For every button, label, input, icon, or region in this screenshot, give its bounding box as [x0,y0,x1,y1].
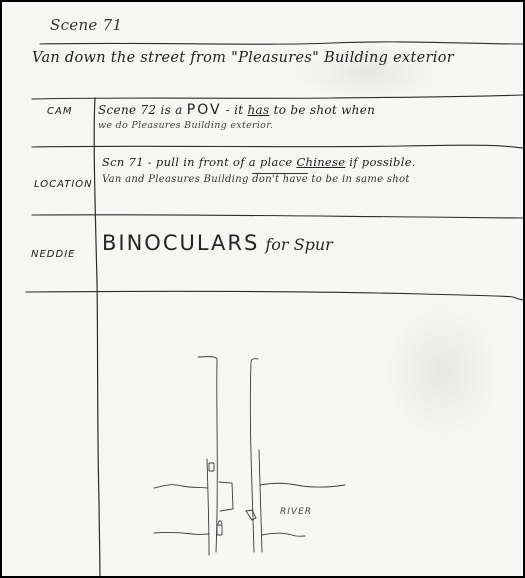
map-sketch [154,357,345,555]
cam-note-line2: we do Pleasures Building exterior. [98,120,273,131]
cam-text: Scene 72 is a [98,103,187,117]
scanned-page: Scene 71 Van down the street from "Pleas… [2,2,523,576]
river-label: RIVER [280,507,312,517]
neddie-prop-note: BINOCULARSfor Spur [102,231,333,255]
location-text: Van and Pleasures Building [102,174,252,185]
underlined-word: Chinese [296,155,345,169]
ruled-lines [2,2,523,576]
location-text: to be in same shot [308,174,410,185]
prop-name: BINOCULARS [102,231,259,255]
neddie-label: NEDDIE [31,249,75,260]
location-note-line2: Van and Pleasures Building don't have to… [102,174,410,185]
pov-text: POV [187,102,222,118]
location-text: if possible. [345,155,415,169]
scene-title: Scene 71 [50,16,122,34]
underlined-word: has [248,103,270,117]
cam-text: to be shot when [269,103,375,117]
cam-note-line1: Scene 72 is a POV - it has to be shot wh… [98,102,375,118]
scene-description: Van down the street from "Pleasures" Bui… [32,50,454,66]
location-text: Scn 71 - pull in front of a place [102,155,296,169]
location-note-line1: Scn 71 - pull in front of a place Chines… [102,155,416,169]
prop-recipient: for Spur [265,235,332,254]
cam-label: CAM [47,106,72,117]
overlined-phrase: don't have [252,174,308,185]
location-label: LOCATION [34,179,93,190]
cam-text: - it [222,103,248,117]
